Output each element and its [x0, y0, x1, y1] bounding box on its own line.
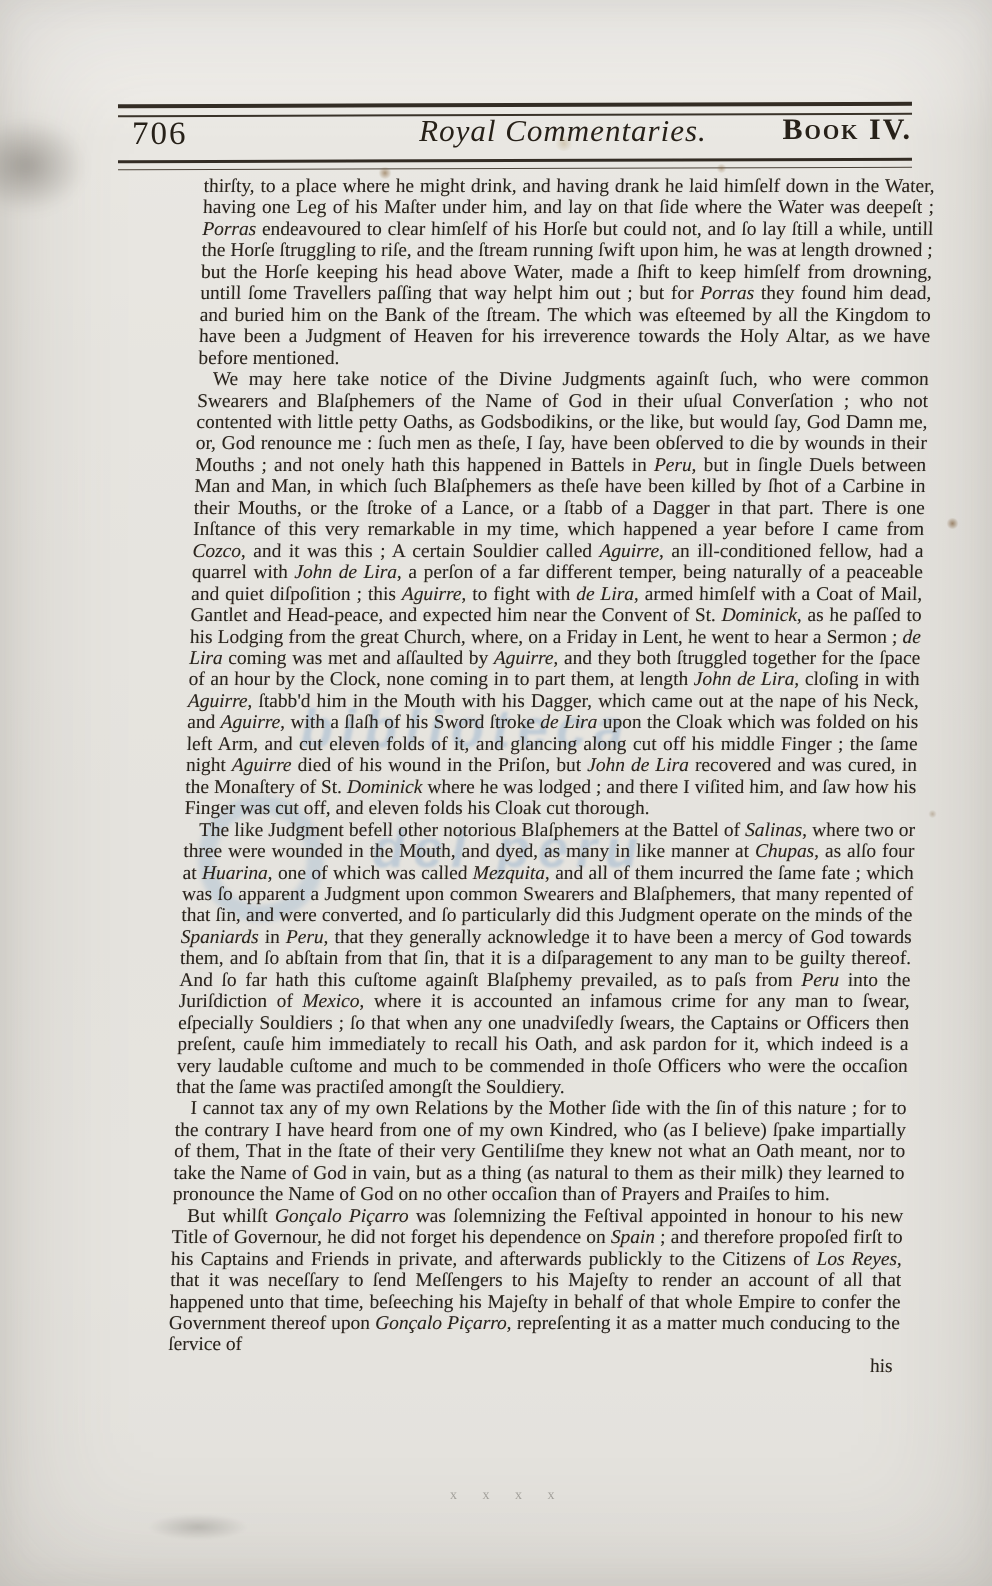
italic-text-segment: Peru: [286, 927, 324, 948]
italic-text-segment: Los Reyes: [816, 1249, 897, 1270]
italic-text-segment: Aguirre: [494, 648, 554, 669]
italic-text-segment: Salinas: [745, 820, 803, 841]
book-page-scan: { "document_type": "scanned early-printe…: [0, 0, 992, 1586]
italic-text-segment: Porras: [700, 283, 755, 304]
italic-text-segment: John de Lira: [587, 755, 689, 776]
text-segment: thirſty, to a place where he might drink…: [203, 176, 935, 218]
italic-text-segment: Aguirre: [402, 584, 462, 605]
italic-text-segment: Aguirre: [220, 712, 280, 733]
italic-text-segment: Spaniards: [180, 927, 259, 948]
ink-smudge: [148, 1514, 248, 1540]
text-segment: , and it was this ; A certain Souldier c…: [241, 541, 600, 562]
italic-text-segment: Peru: [801, 970, 839, 991]
paragraph: thirſty, to a place where he might drink…: [198, 176, 935, 369]
italic-text-segment: Cozco: [192, 541, 241, 562]
text-segment: , to fight with: [461, 584, 576, 605]
italic-text-segment: Mezquita: [473, 863, 546, 884]
text-segment: But whilſt: [187, 1206, 275, 1227]
text-segment: , with a ſlaſh of his Sword ſtroke: [280, 712, 541, 733]
italic-text-segment: Gonçalo Piçarro: [275, 1206, 409, 1227]
signature-mark: x x x x: [450, 1488, 566, 1504]
italic-text-segment: Peru: [654, 455, 692, 476]
italic-text-segment: Aguirre: [599, 541, 659, 562]
text-segment: in: [258, 927, 286, 948]
italic-text-segment: John de Lira: [693, 669, 794, 690]
text-segment: , one of which was called: [267, 863, 473, 884]
text-segment: I cannot tax any of my own Relations by …: [173, 1098, 907, 1205]
text-segment: The like Judgment befell other notorious…: [199, 820, 746, 841]
text-segment: coming was met and aſſaulted by: [222, 648, 494, 669]
paragraph: I cannot tax any of my own Relations by …: [173, 1098, 907, 1205]
italic-text-segment: Porras: [202, 219, 257, 240]
italic-text-segment: Aguirre: [188, 691, 248, 712]
paragraph: The like Judgment befell other notorious…: [176, 820, 916, 1099]
paragraph: But whilſt Gonçalo Piçarro was ſolemnizi…: [168, 1206, 904, 1356]
italic-text-segment: Gonçalo Piçarro: [375, 1313, 507, 1334]
italic-text-segment: de Lira: [576, 584, 634, 605]
text-segment: , cloſing in with: [794, 669, 920, 690]
italic-text-segment: Aguirre: [232, 755, 292, 776]
italic-text-segment: Dominick: [721, 605, 797, 626]
text-column: thirſty, to a place where he might drink…: [167, 176, 935, 1377]
paragraph: We may here take notice of the Divine Ju…: [184, 369, 929, 820]
italic-text-segment: Spain: [611, 1227, 656, 1248]
italic-text-segment: Mexico: [302, 991, 360, 1012]
text-segment: died of his wound in the Priſon, but: [291, 755, 587, 776]
italic-text-segment: Huarina: [202, 863, 268, 884]
italic-text-segment: de Lira: [540, 712, 598, 733]
page-header: 706 Royal Commentaries. Book IV.: [118, 112, 912, 160]
italic-text-segment: Dominick: [347, 777, 423, 798]
italic-text-segment: Chupas: [755, 841, 815, 862]
catchword: his: [167, 1356, 899, 1377]
italic-text-segment: John de Lira: [294, 562, 397, 583]
book-label: Book IV.: [783, 113, 913, 147]
